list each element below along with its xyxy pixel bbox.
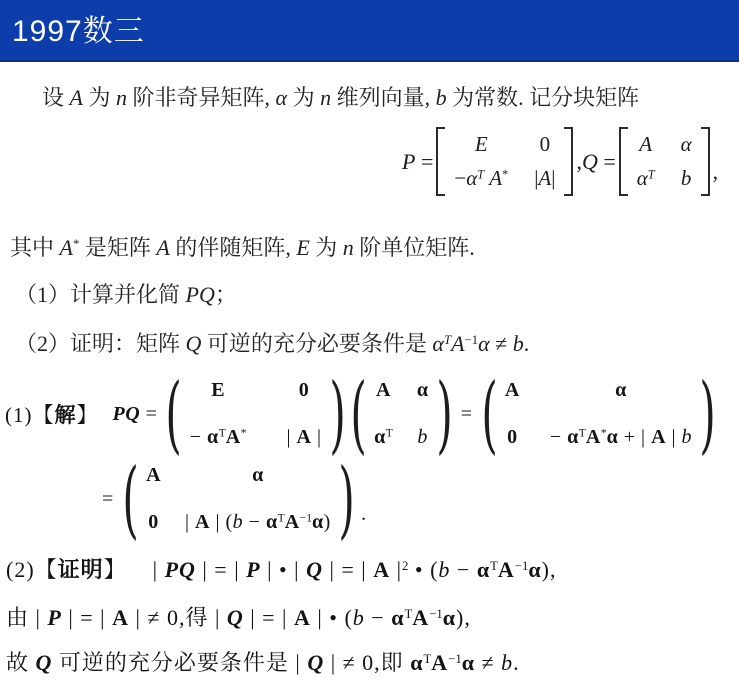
matrix-cell: α	[681, 132, 692, 157]
solution-2-line-2: 由 | P | = | A | ≠ 0,得 | Q | = | A | • (b…	[6, 601, 471, 632]
matrix-q-grid: A α αT b	[628, 127, 701, 196]
matrix-display-equation: P = E 0 −αT A* |A| ,Q = A α αT b ,	[402, 127, 718, 196]
left-bracket	[619, 127, 628, 196]
matrix-cell: 0	[540, 132, 551, 157]
title-bar: 1997数三	[0, 0, 739, 62]
solution-matrix-2: ( A α αT b )	[348, 375, 455, 453]
period: .	[361, 503, 367, 526]
matrix-cell: b	[681, 166, 692, 191]
right-paren: )	[338, 460, 355, 538]
matrix-cell: A	[505, 379, 520, 402]
matrix-cell: E	[211, 379, 225, 402]
equals-sign: =	[102, 488, 114, 511]
equals-sign: =	[461, 403, 473, 426]
left-paren: (	[350, 375, 367, 453]
left-paren: (	[166, 375, 183, 453]
matrix-cell: E	[475, 132, 488, 157]
solution-matrix-3: ( A α 0 − αTA*α + | A | b )	[479, 375, 719, 453]
trailing-comma: ,	[713, 159, 719, 185]
matrix-p: E 0 −αT A* |A|	[436, 127, 573, 196]
solution-2-line-3: 故 Q 可逆的充分必要条件是 | Q | ≠ 0,即 αTA−1α ≠ b.	[6, 646, 520, 677]
solution-1-label: (1)【解】	[5, 399, 99, 429]
matrix-cell: b	[417, 426, 428, 449]
question-part-2: （2）证明：矩阵 Q 可逆的充分必要条件是 αTA−1α ≠ b.	[15, 327, 529, 358]
p-equals: P =	[402, 149, 433, 175]
left-bracket	[436, 127, 445, 196]
matrix-cell: − αTA*	[190, 426, 247, 449]
left-paren: (	[122, 460, 139, 538]
solution-matrix-4: ( A α 0 | A | (b − αTA−1α) )	[120, 460, 357, 538]
matrix-cell: − αTA*α + | A | b	[550, 426, 692, 449]
right-bracket	[701, 127, 710, 196]
solution-matrix-4-grid: A α 0 | A | (b − αTA−1α)	[141, 464, 336, 534]
document-page: 1997数三 设 A 为 n 阶非奇异矩阵, α 为 n 维列向量, b 为常数…	[0, 0, 739, 690]
right-paren: )	[329, 375, 346, 453]
solution-1-line-1: (1)【解】 PQ = ( E 0 − αTA* | A | ) ( A α α…	[5, 370, 718, 458]
solution-matrix-3-grid: A α 0 − αTA*α + | A | b	[500, 379, 697, 449]
right-paren: )	[436, 375, 453, 453]
question-part-1: （1）计算并化简 PQ；	[15, 278, 237, 309]
matrix-cell: α	[615, 379, 627, 402]
solution-1-line-2: = ( A α 0 | A | (b − αTA−1α) ) .	[96, 456, 367, 542]
left-paren: (	[481, 375, 498, 453]
matrix-cell: A	[376, 379, 391, 402]
solution-matrix-1: ( E 0 − αTA* | A | )	[163, 375, 347, 453]
matrix-cell: 0	[507, 426, 518, 449]
right-paren: )	[699, 375, 716, 453]
matrix-cell: α	[417, 379, 429, 402]
matrix-p-grid: E 0 −αT A* |A|	[445, 127, 564, 196]
problem-intro: 设 A 为 n 阶非奇异矩阵, α 为 n 维列向量, b 为常数. 记分块矩阵	[42, 81, 639, 112]
matrix-q: A α αT b	[619, 127, 710, 196]
adjugate-note: 其中 A* 是矩阵 A 的伴随矩阵, E 为 n 阶单位矩阵.	[10, 231, 475, 262]
matrix-cell: −αT A*	[454, 166, 508, 191]
matrix-cell: αT	[374, 426, 393, 449]
right-bracket	[564, 127, 573, 196]
solution-2-line-1: (2)【证明】 | PQ | = | P | • | Q | = | A |2 …	[6, 553, 556, 584]
matrix-cell: 0	[299, 379, 310, 402]
matrix-cell: αT	[637, 166, 655, 191]
matrix-cell: |A|	[534, 166, 555, 191]
matrix-cell: | A | (b − αTA−1α)	[185, 511, 331, 534]
matrix-cell: A	[639, 132, 652, 157]
matrix-cell: 0	[148, 511, 159, 534]
q-equals: ,Q =	[576, 149, 615, 175]
matrix-cell: α	[252, 464, 264, 487]
matrix-cell: | A |	[287, 426, 322, 449]
matrix-cell: A	[146, 464, 161, 487]
solution-matrix-2-grid: A α αT b	[369, 379, 433, 449]
page-title: 1997数三	[12, 6, 145, 50]
pq-equals: PQ =	[113, 403, 158, 426]
solution-matrix-1-grid: E 0 − αTA* | A |	[185, 379, 327, 449]
